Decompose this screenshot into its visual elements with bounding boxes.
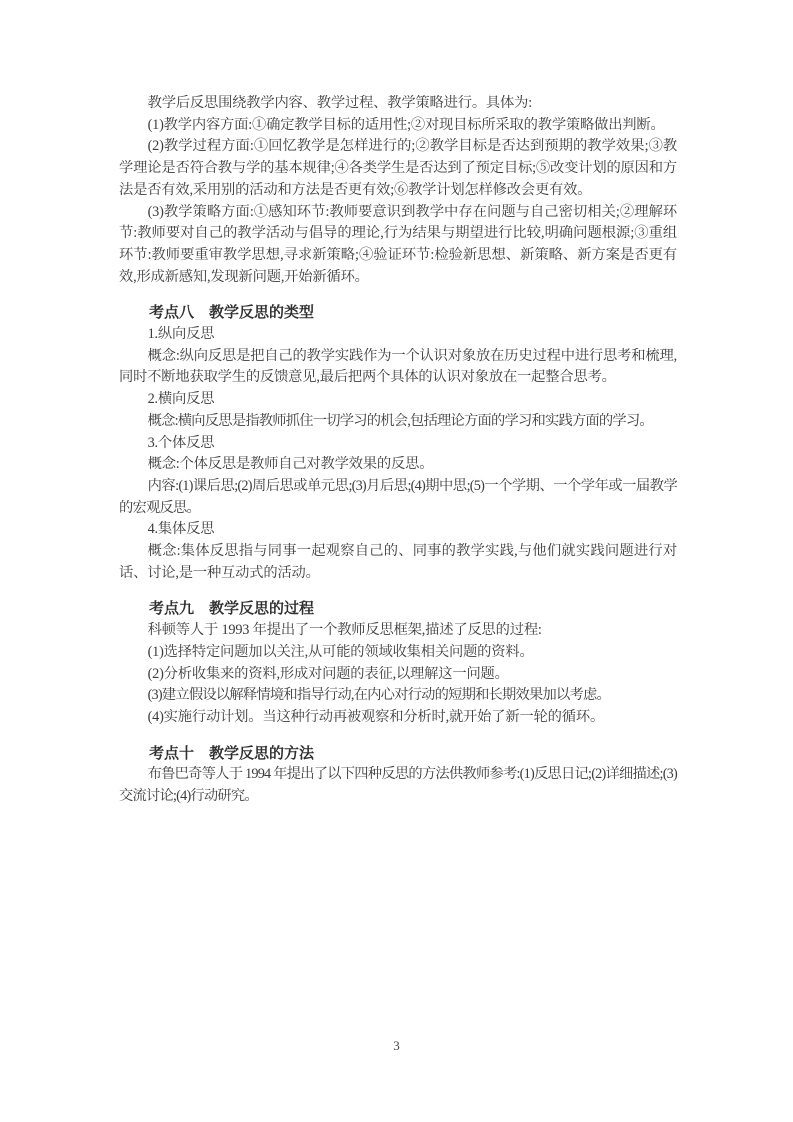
page-number: 3: [0, 1038, 793, 1054]
paragraph: 教学后反思围绕教学内容、教学过程、教学策略进行。具体为:: [119, 93, 677, 115]
document-page: 教学后反思围绕教学内容、教学过程、教学策略进行。具体为: (1)教学内容方面:①…: [0, 0, 793, 1122]
paragraph: (3)教学策略方面:①感知环节:教师要意识到教学中存在问题与自己密切相关;②理解…: [119, 202, 677, 289]
list-item: 1.纵向反思: [119, 324, 677, 346]
paragraph: (1)选择特定问题加以关注,从可能的领域收集相关问题的资料。: [119, 642, 677, 664]
paragraph: (1)教学内容方面:①确定教学目标的适用性;②对现目标所采取的教学策略做出判断。: [119, 115, 677, 137]
paragraph: 概念:纵向反思是把自己的教学实践作为一个认识对象放在历史过程中进行思考和梳理,同…: [119, 346, 677, 389]
paragraph: (2)分析收集来的资料,形成对问题的表征,以理解这一问题。: [119, 664, 677, 686]
paragraph: 概念:个体反思是教师自己对教学效果的反思。: [119, 454, 677, 476]
paragraph: (2)教学过程方面:①回忆教学是怎样进行的;②教学目标是否达到预期的教学效果;③…: [119, 136, 677, 201]
paragraph: (3)建立假设以解释情境和指导行动,在内心对行动的短期和长期效果加以考虑。: [119, 685, 677, 707]
paragraph: (4)实施行动计划。当这种行动再被观察和分析时,就开始了新一轮的循环。: [119, 707, 677, 729]
section-heading-kaodian9: 考点九 教学反思的过程: [119, 598, 677, 620]
paragraph: 科顿等人于 1993 年提出了一个教师反思框架,描述了反思的过程:: [119, 620, 677, 642]
section-heading-kaodian10: 考点十 教学反思的方法: [119, 743, 677, 765]
list-item: 4.集体反思: [119, 519, 677, 541]
paragraph: 布鲁巴奇等人于 1994 年提出了以下四种反思的方法供教师参考:(1)反思日记;…: [119, 764, 677, 807]
list-item: 3.个体反思: [119, 433, 677, 455]
paragraph: 内容:(1)课后思;(2)周后思或单元思;(3)月后思;(4)期中思;(5)一个…: [119, 476, 677, 519]
section-heading-kaodian8: 考点八 教学反思的类型: [119, 302, 677, 324]
paragraph: 概念:横向反思是指教师抓住一切学习的机会,包括理论方面的学习和实践方面的学习。: [119, 411, 677, 433]
document-body: 教学后反思围绕教学内容、教学过程、教学策略进行。具体为: (1)教学内容方面:①…: [119, 93, 677, 808]
list-item: 2.横向反思: [119, 389, 677, 411]
paragraph: 概念:集体反思指与同事一起观察自己的、同事的教学实践,与他们就实践问题进行对话、…: [119, 541, 677, 584]
